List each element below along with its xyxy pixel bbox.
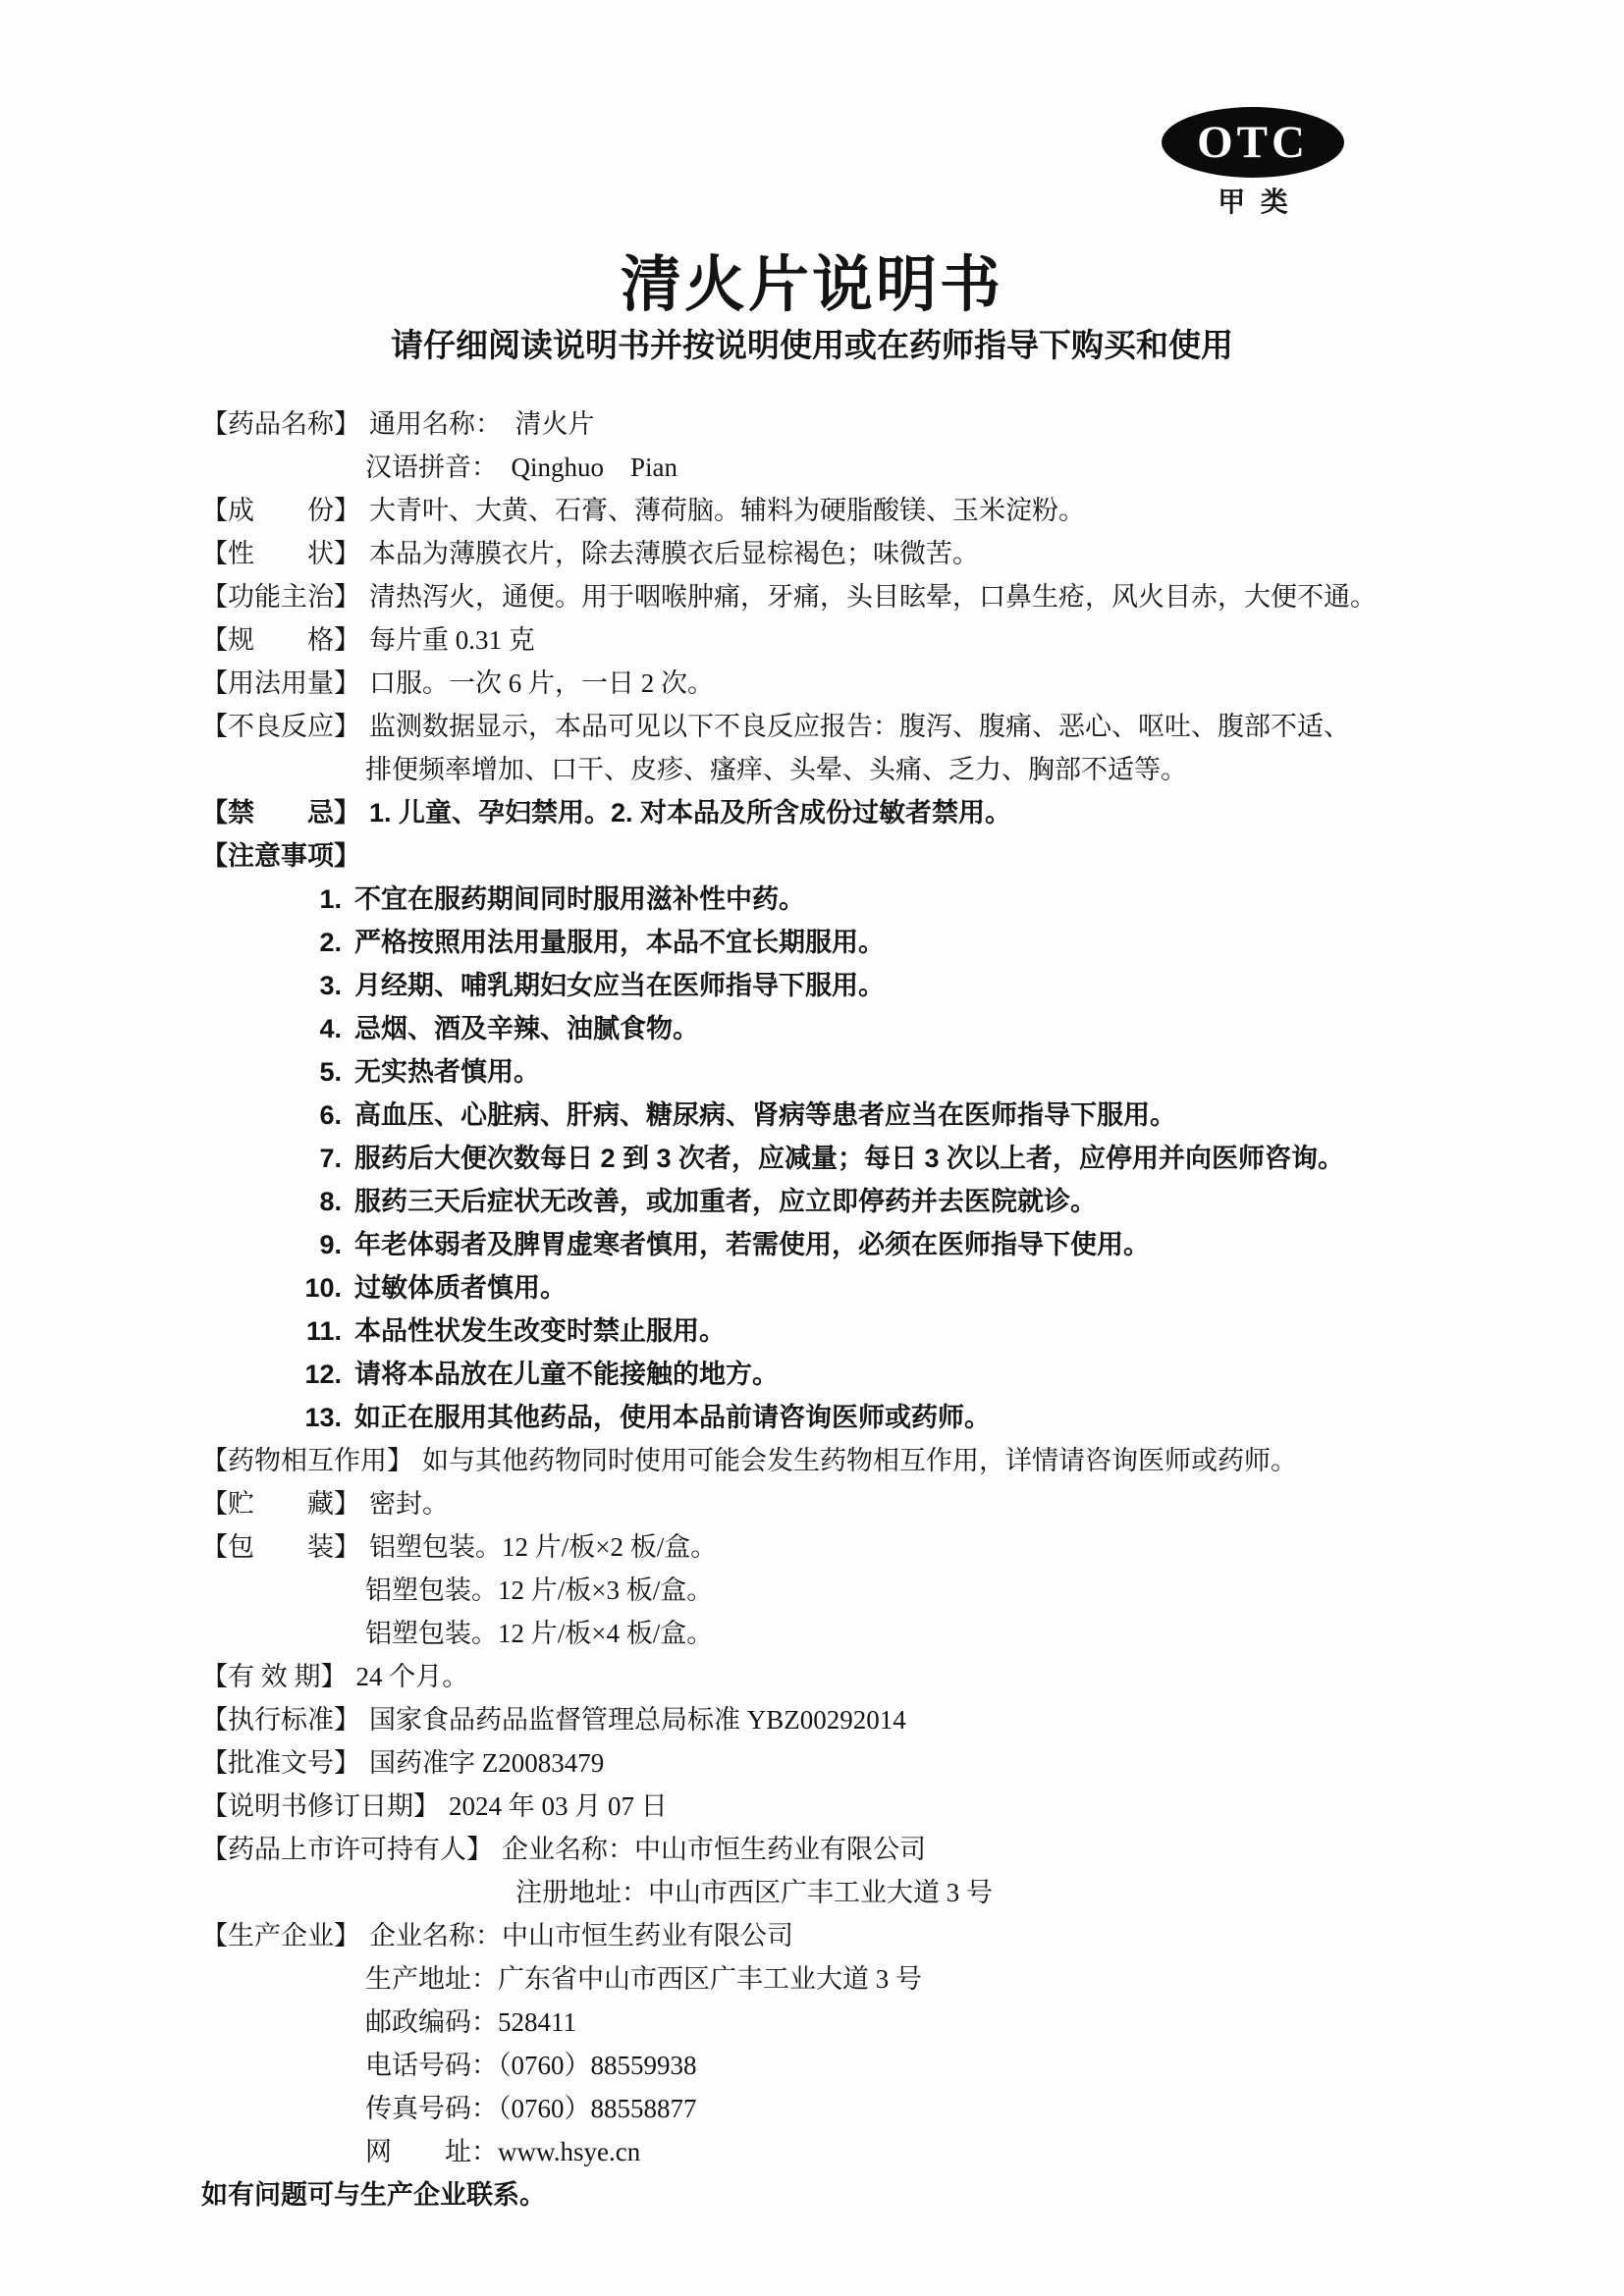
- section-text: 每片重 0.31 克: [369, 625, 535, 655]
- section-text: 服药三天后症状无改善，或加重者，应立即停药并去医院就诊。: [354, 1187, 1097, 1216]
- section-text: 本品为薄膜衣片，除去薄膜衣后显棕褐色；味微苦。: [369, 539, 979, 568]
- section-row: 【药品名称】通用名称： 清火片: [201, 402, 1585, 446]
- section-label: 【注意事项】: [201, 841, 360, 871]
- list-number: 10.: [297, 1266, 342, 1309]
- section-label: 【不良反应】: [201, 712, 360, 741]
- section-text: 忌烟、酒及辛辣、油腻食物。: [354, 1014, 699, 1043]
- note-list-item: 9.年老体弱者及脾胃虚寒者慎用，若需使用，必须在医师指导下使用。: [201, 1223, 1585, 1266]
- section-row: 【功能主治】清热泻火，通便。用于咽喉肿痛，牙痛，头目眩晕，口鼻生疮，风火目赤，大…: [201, 575, 1585, 618]
- section-row: 【包 装】铝塑包装。12 片/板×2 板/盒。: [201, 1525, 1585, 1569]
- section-label: 【禁 忌】: [201, 798, 360, 828]
- list-number: 3.: [297, 964, 342, 1007]
- section-label: 【药品名称】: [201, 409, 360, 439]
- note-list-item: 12.请将本品放在儿童不能接触的地方。: [201, 1353, 1585, 1396]
- section-label: 【药品上市许可持有人】: [201, 1835, 493, 1864]
- note-list-item: 7.服药后大便次数每日 2 到 3 次者，应减量；每日 3 次以上者，应停用并向…: [201, 1137, 1585, 1180]
- section-text: 年老体弱者及脾胃虚寒者慎用，若需使用，必须在医师指导下使用。: [354, 1230, 1150, 1259]
- section-label: 【生产企业】: [201, 1921, 360, 1950]
- continuation-row: 传真号码：（0760）88558877: [201, 2087, 1585, 2130]
- note-list-item: 10.过敏体质者慎用。: [201, 1266, 1585, 1309]
- section-row: 【说明书修订日期】2024 年 03 月 07 日: [201, 1785, 1585, 1828]
- note-list-item: 6.高血压、心脏病、肝病、糖尿病、肾病等患者应当在医师指导下服用。: [201, 1094, 1585, 1137]
- section-label: 【用法用量】: [201, 668, 360, 698]
- section-text: 生产地址：广东省中山市西区广丰工业大道 3 号: [365, 1964, 922, 1994]
- section-text: 企业名称：中山市恒生药业有限公司: [369, 1921, 793, 1950]
- section-label: 【成 份】: [201, 496, 360, 525]
- note-list-item: 4.忌烟、酒及辛辣、油腻食物。: [201, 1007, 1585, 1050]
- section-text: 企业名称：中山市恒生药业有限公司: [502, 1835, 926, 1864]
- section-text: 国药准字 Z20083479: [369, 1748, 604, 1778]
- section-label: 【功能主治】: [201, 582, 360, 612]
- section-row: 【规 格】每片重 0.31 克: [201, 618, 1585, 662]
- section-text: 2024 年 03 月 07 日: [449, 1791, 668, 1821]
- section-text: 邮政编码：528411: [365, 2007, 576, 2037]
- section-text: 大青叶、大黄、石膏、薄荷脑。辅料为硬脂酸镁、玉米淀粉。: [369, 496, 1085, 525]
- section-text: 国家食品药品监督管理总局标准 YBZ00292014: [369, 1705, 906, 1735]
- continuation-row: 如有问题可与生产企业联系。: [201, 2173, 1585, 2216]
- continuation-row: 铝塑包装。12 片/板×3 板/盒。: [201, 1569, 1585, 1612]
- list-number: 6.: [297, 1094, 342, 1137]
- section-row: 【成 份】大青叶、大黄、石膏、薄荷脑。辅料为硬脂酸镁、玉米淀粉。: [201, 489, 1585, 532]
- section-row: 【执行标准】国家食品药品监督管理总局标准 YBZ00292014: [201, 1698, 1585, 1741]
- continuation-row: 汉语拼音： Qinghuo Pian: [201, 446, 1585, 489]
- section-label: 【性 状】: [201, 539, 360, 568]
- note-list-item: 11.本品性状发生改变时禁止服用。: [201, 1309, 1585, 1353]
- section-text: 口服。一次 6 片，一日 2 次。: [369, 668, 714, 698]
- section-text: 通用名称： 清火片: [369, 409, 595, 439]
- section-text: 无实热者慎用。: [354, 1057, 540, 1087]
- section-row: 【性 状】本品为薄膜衣片，除去薄膜衣后显棕褐色；味微苦。: [201, 532, 1585, 575]
- section-row: 【药品上市许可持有人】企业名称：中山市恒生药业有限公司: [201, 1828, 1585, 1871]
- section-row: 【注意事项】: [201, 834, 1585, 878]
- section-row: 【药物相互作用】如与其他药物同时使用可能会发生药物相互作用，详情请咨询医师或药师…: [201, 1439, 1585, 1482]
- list-number: 2.: [297, 921, 342, 964]
- section-text: 清热泻火，通便。用于咽喉肿痛，牙痛，头目眩晕，口鼻生疮，风火目赤，大便不通。: [369, 582, 1377, 612]
- section-text: 注册地址：中山市西区广丰工业大道 3 号: [515, 1878, 993, 1907]
- list-number: 12.: [297, 1353, 342, 1396]
- section-row: 【用法用量】口服。一次 6 片，一日 2 次。: [201, 662, 1585, 705]
- list-number: 9.: [297, 1223, 342, 1266]
- section-text: 严格按照用法用量服用，本品不宜长期服用。: [354, 928, 885, 957]
- list-number: 4.: [297, 1007, 342, 1050]
- section-text: 监测数据显示，本品可见以下不良反应报告：腹泻、腹痛、恶心、呕吐、腹部不适、: [369, 712, 1350, 741]
- continuation-row: 邮政编码：528411: [201, 2001, 1585, 2044]
- section-row: 【批准文号】国药准字 Z20083479: [201, 1741, 1585, 1785]
- page-title: 清火片说明书: [0, 236, 1624, 323]
- otc-ellipse-icon: OTC: [1162, 107, 1344, 178]
- section-row: 【贮 藏】密封。: [201, 1482, 1585, 1525]
- page-subtitle: 请仔细阅读说明书并按说明使用或在药师指导下购买和使用: [0, 320, 1624, 366]
- section-text: 铝塑包装。12 片/板×4 板/盒。: [365, 1619, 713, 1648]
- list-number: 11.: [297, 1309, 342, 1353]
- section-text: 排便频率增加、口干、皮疹、瘙痒、头晕、头痛、乏力、胸部不适等。: [365, 755, 1187, 784]
- section-text: 汉语拼音： Qinghuo Pian: [365, 453, 677, 482]
- list-number: 1.: [297, 878, 342, 921]
- section-row: 【禁 忌】1. 儿童、孕妇禁用。2. 对本品及所含成份过敏者禁用。: [201, 791, 1585, 834]
- section-text: 过敏体质者慎用。: [354, 1273, 567, 1303]
- continuation-row: 注册地址：中山市西区广丰工业大道 3 号: [201, 1871, 1585, 1914]
- section-text: 如与其他药物同时使用可能会发生药物相互作用，详情请咨询医师或药师。: [422, 1446, 1297, 1475]
- section-label: 【贮 藏】: [201, 1489, 360, 1519]
- section-text: 高血压、心脏病、肝病、糖尿病、肾病等患者应当在医师指导下服用。: [354, 1100, 1176, 1130]
- section-text: 传真号码：（0760）88558877: [365, 2094, 697, 2123]
- otc-badge-text: OTC: [1197, 116, 1309, 169]
- section-text: 服药后大便次数每日 2 到 3 次者，应减量；每日 3 次以上者，应停用并向医师…: [354, 1144, 1344, 1173]
- section-text: 电话号码：（0760）88559938: [365, 2051, 697, 2080]
- section-label: 【规 格】: [201, 625, 360, 655]
- section-text: 密封。: [369, 1489, 449, 1519]
- continuation-row: 铝塑包装。12 片/板×4 板/盒。: [201, 1612, 1585, 1655]
- section-label: 【说明书修订日期】: [201, 1791, 440, 1821]
- section-text: 铝塑包装。12 片/板×3 板/盒。: [365, 1575, 713, 1605]
- section-row: 【生产企业】企业名称：中山市恒生药业有限公司: [201, 1914, 1585, 1957]
- otc-badge: OTC 甲 类: [1162, 107, 1344, 220]
- section-text: 请将本品放在儿童不能接触的地方。: [354, 1360, 779, 1389]
- section-label: 【药物相互作用】: [201, 1446, 413, 1475]
- document-body: 【药品名称】通用名称： 清火片汉语拼音： Qinghuo Pian【成 份】大青…: [201, 402, 1585, 2216]
- continuation-row: 网 址：www.hsye.cn: [201, 2130, 1585, 2173]
- section-text: 如有问题可与生产企业联系。: [201, 2180, 546, 2210]
- section-text: 1. 儿童、孕妇禁用。2. 对本品及所含成份过敏者禁用。: [369, 798, 1011, 828]
- note-list-item: 2.严格按照用法用量服用，本品不宜长期服用。: [201, 921, 1585, 964]
- section-label: 【执行标准】: [201, 1705, 360, 1735]
- drug-leaflet-page: OTC 甲 类 清火片说明书 请仔细阅读说明书并按说明使用或在药师指导下购买和使…: [0, 0, 1624, 2296]
- continuation-row: 生产地址：广东省中山市西区广丰工业大道 3 号: [201, 1957, 1585, 2001]
- section-label: 【包 装】: [201, 1532, 360, 1562]
- otc-class-label: 甲 类: [1162, 181, 1344, 220]
- note-list-item: 3.月经期、哺乳期妇女应当在医师指导下服用。: [201, 964, 1585, 1007]
- note-list-item: 8.服药三天后症状无改善，或加重者，应立即停药并去医院就诊。: [201, 1180, 1585, 1223]
- list-number: 5.: [297, 1050, 342, 1094]
- section-row: 【有 效 期】24 个月。: [201, 1655, 1585, 1698]
- section-text: 月经期、哺乳期妇女应当在医师指导下服用。: [354, 971, 885, 1000]
- list-number: 8.: [297, 1180, 342, 1223]
- section-label: 【有 效 期】: [201, 1662, 348, 1691]
- section-text: 本品性状发生改变时禁止服用。: [354, 1316, 726, 1346]
- note-list-item: 1.不宜在服药期间同时服用滋补性中药。: [201, 878, 1585, 921]
- section-row: 【不良反应】监测数据显示，本品可见以下不良反应报告：腹泻、腹痛、恶心、呕吐、腹部…: [201, 705, 1585, 748]
- continuation-row: 排便频率增加、口干、皮疹、瘙痒、头晕、头痛、乏力、胸部不适等。: [201, 748, 1585, 791]
- section-text: 铝塑包装。12 片/板×2 板/盒。: [369, 1532, 717, 1562]
- section-label: 【批准文号】: [201, 1748, 360, 1778]
- section-text: 不宜在服药期间同时服用滋补性中药。: [354, 884, 805, 914]
- list-number: 13.: [297, 1396, 342, 1439]
- list-number: 7.: [297, 1137, 342, 1180]
- section-text: 如正在服用其他药品，使用本品前请咨询医师或药师。: [354, 1403, 991, 1432]
- note-list-item: 5.无实热者慎用。: [201, 1050, 1585, 1094]
- section-text: 网 址：www.hsye.cn: [365, 2137, 640, 2166]
- section-text: 24 个月。: [356, 1662, 469, 1691]
- note-list-item: 13.如正在服用其他药品，使用本品前请咨询医师或药师。: [201, 1396, 1585, 1439]
- continuation-row: 电话号码：（0760）88559938: [201, 2044, 1585, 2087]
